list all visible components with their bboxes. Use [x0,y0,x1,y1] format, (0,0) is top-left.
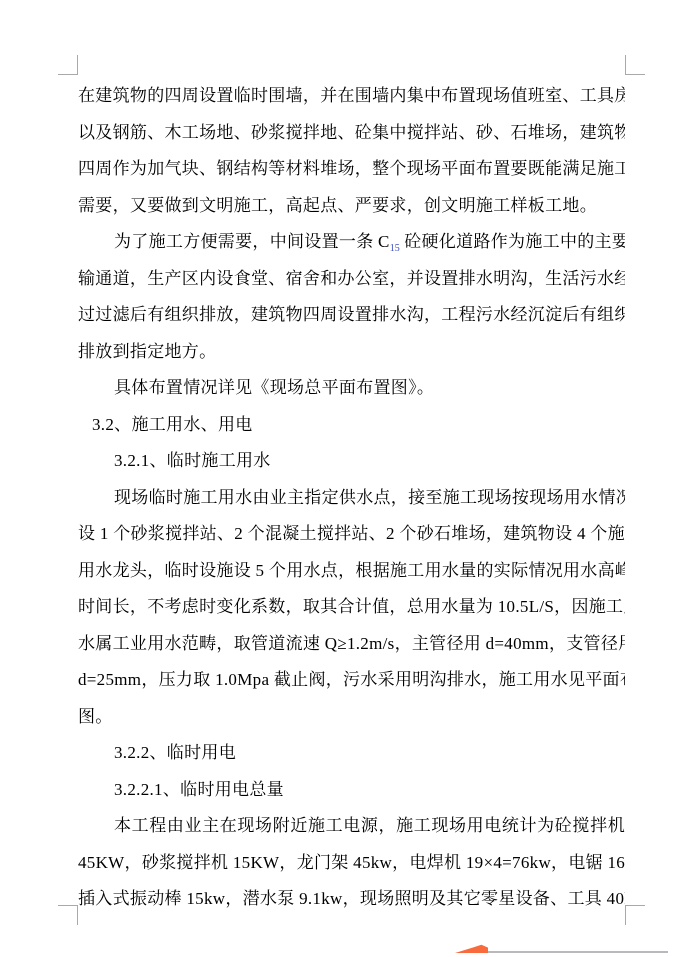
text-line: 设 1 个砂浆搅拌站、2 个混凝土搅拌站、2 个砂石堆场，建筑物设 4 个施工 [78,516,625,553]
heading-3-2-1: 3.2.1、临时施工用水 [78,443,625,480]
paragraph-road-drainage: 为了施工方便需要，中间设置一条 C15 砼硬化道路作为施工中的主要运输通道，生产… [78,224,625,370]
text-line: 3.2.2.1、临时用电总量 [78,772,625,809]
text-line: 四周作为加气块、钢结构等材料堆场，整个现场平面布置要既能满足施工 [78,151,625,188]
text-segment: 具体布置情况详见《现场总平面布置图》。 [114,378,434,397]
text-segment: 砼硬化道路作为施工中的主要运 [400,232,625,251]
text-line: 时间长，不考虑时变化系数，取其合计值，总用水量为 10.5L/S，因施工用 [78,589,625,626]
text-line: 3.2、施工用水、用电 [78,407,625,444]
paragraph-site-layout: 在建筑物的四周设置临时围墙，并在围墙内集中布置现场值班室、工具房，以及钢筋、木工… [78,78,625,224]
paragraph-temp-water: 现场临时施工用水由业主指定供水点，接至施工现场按现场用水情况设 1 个砂浆搅拌站… [78,480,625,736]
text-segment: 3.2.2.1、临时用电总量 [114,780,284,799]
text-segment: 时间长，不考虑时变化系数，取其合计值，总用水量为 10.5L/S，因施工用 [78,597,625,616]
text-segment: d=25mm，压力取 1.0Mpa 截止阀，污水采用明沟排水，施工用水见平面布置 [78,670,625,689]
text-segment: 用水龙头，临时设施设 5 个用水点，根据施工用水量的实际情况用水高峰 [78,561,625,580]
text-segment: 为了施工方便需要，中间设置一条 C [114,232,390,251]
text-line: 本工程由业主在现场附近施工电源，施工现场用电统计为砼搅拌机 [78,808,625,845]
text-line: 用水龙头，临时设施设 5 个用水点，根据施工用水量的实际情况用水高峰 [78,553,625,590]
text-segment: 3.2.2、临时用电 [114,743,236,762]
margin-mark-bottom-left [58,905,78,925]
text-segment: 在建筑物的四周设置临时围墙，并在围墙内集中布置现场值班室、工具房， [78,86,625,105]
paragraph-temp-power: 本工程由业主在现场附近施工电源，施工现场用电统计为砼搅拌机45KW，砂浆搅拌机 … [78,808,625,918]
text-segment: 45KW，砂浆搅拌机 15KW，龙门架 45kw，电焊机 19×4=76kw，电… [78,853,625,872]
subscript-text: 15 [390,243,400,254]
heading-3-2-2-1: 3.2.2.1、临时用电总量 [78,772,625,809]
text-segment: 设 1 个砂浆搅拌站、2 个混凝土搅拌站、2 个砂石堆场，建筑物设 4 个施工 [78,524,625,543]
text-segment: 3.2.1、临时施工用水 [114,451,271,470]
heading-3-2-2: 3.2.2、临时用电 [78,735,625,772]
footer-swoosh-icon [455,944,488,953]
text-line: 3.2.2、临时用电 [78,735,625,772]
text-segment: 水属工业用水范畴，取管道流速 Q≥1.2m/s，主管径用 d=40mm，支管径用 [78,634,625,653]
text-segment: 四周作为加气块、钢结构等材料堆场，整个现场平面布置要既能满足施工 [78,159,625,178]
text-line: 45KW，砂浆搅拌机 15KW，龙门架 45kw，电焊机 19×4=76kw，电… [78,845,625,882]
margin-mark-bottom-right [625,905,645,925]
text-segment: 插入式振动棒 15kw，潜水泵 9.1kw，现场照明及其它零星设备、工具 40k… [78,889,625,908]
margin-mark-top-left [58,55,78,75]
document-page: 在建筑物的四周设置临时围墙，并在围墙内集中布置现场值班室、工具房，以及钢筋、木工… [0,0,700,957]
text-segment: 本工程由业主在现场附近施工电源，施工现场用电统计为砼搅拌机 [114,816,625,835]
text-segment: 输通道，生产区内设食堂、宿舍和办公室，并设置排水明沟，生活污水经 [78,269,625,288]
text-segment: 现场临时施工用水由业主指定供水点，接至施工现场按现场用水情况 [114,488,625,507]
text-line: 过过滤后有组织排放，建筑物四周设置排水沟，工程污水经沉淀后有组织 [78,297,625,334]
text-line: 3.2.1、临时施工用水 [78,443,625,480]
heading-3-2: 3.2、施工用水、用电 [78,407,625,444]
text-segment: 过过滤后有组织排放，建筑物四周设置排水沟，工程污水经沉淀后有组织 [78,305,625,324]
text-line: 具体布置情况详见《现场总平面布置图》。 [78,370,625,407]
text-line: d=25mm，压力取 1.0Mpa 截止阀，污水采用明沟排水，施工用水见平面布置 [78,662,625,699]
text-segment: 需要，又要做到文明施工，高起点、严要求，创文明施工样板工地。 [78,196,597,215]
text-segment: 图。 [78,707,113,726]
text-line: 以及钢筋、木工场地、砂浆搅拌地、砼集中搅拌站、砂、石堆场，建筑物 [78,115,625,152]
text-line: 现场临时施工用水由业主指定供水点，接至施工现场按现场用水情况 [78,480,625,517]
footer-rule [483,951,668,953]
text-segment: 3.2、施工用水、用电 [92,415,253,434]
text-line: 插入式振动棒 15kw，潜水泵 9.1kw，现场照明及其它零星设备、工具 40k… [78,881,625,918]
margin-mark-top-right [625,55,645,75]
text-line: 为了施工方便需要，中间设置一条 C15 砼硬化道路作为施工中的主要运 [78,224,625,261]
text-line: 水属工业用水范畴，取管道流速 Q≥1.2m/s，主管径用 d=40mm，支管径用 [78,626,625,663]
text-line: 输通道，生产区内设食堂、宿舍和办公室，并设置排水明沟，生活污水经 [78,261,625,298]
text-segment: 排放到指定地方。 [78,342,216,361]
text-line: 排放到指定地方。 [78,334,625,371]
text-line: 图。 [78,699,625,736]
text-segment: 以及钢筋、木工场地、砂浆搅拌地、砼集中搅拌站、砂、石堆场，建筑物 [78,123,625,142]
document-content: 在建筑物的四周设置临时围墙，并在围墙内集中布置现场值班室、工具房，以及钢筋、木工… [78,78,625,918]
paragraph-layout-reference: 具体布置情况详见《现场总平面布置图》。 [78,370,625,407]
text-line: 需要，又要做到文明施工，高起点、严要求，创文明施工样板工地。 [78,188,625,225]
text-line: 在建筑物的四周设置临时围墙，并在围墙内集中布置现场值班室、工具房， [78,78,625,115]
